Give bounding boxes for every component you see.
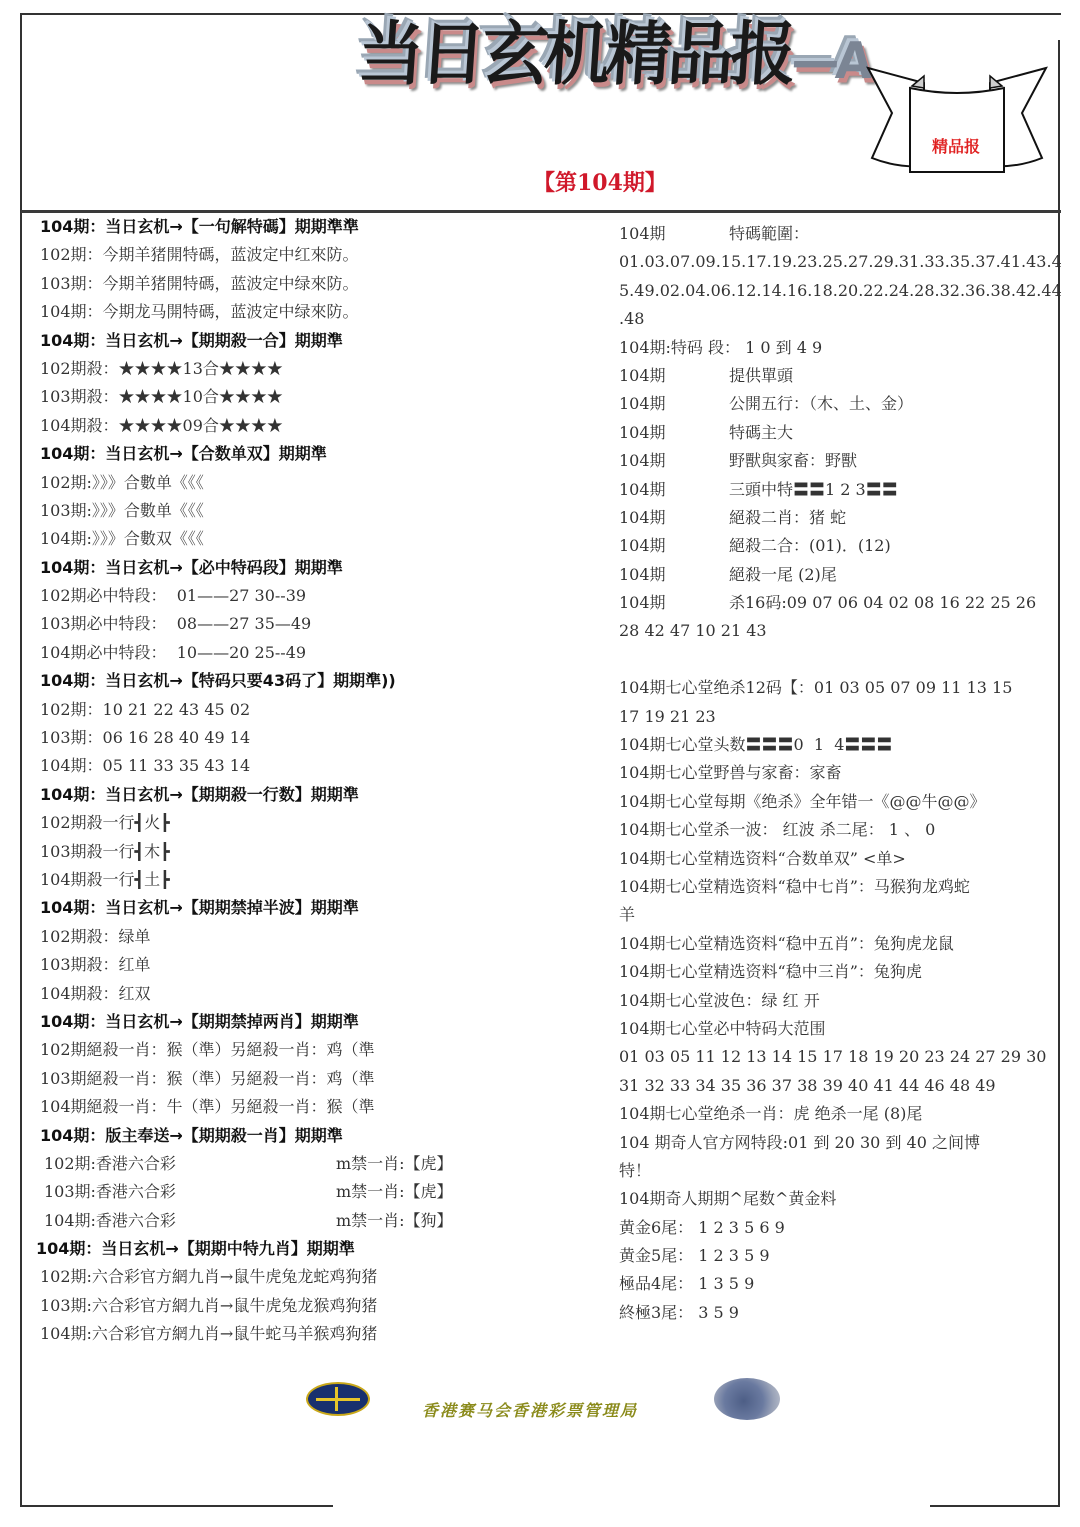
line-text: 絕殺二肖：猪 蛇 [729, 508, 846, 527]
list-item: 104期七心堂绝杀12码【：01 03 05 07 09 11 13 15 [619, 674, 1044, 702]
list-item: 103期:香港六合彩m禁一肖:【虎】 [40, 1178, 453, 1206]
line-text: 特！ [619, 1161, 651, 1180]
list-item: 羊 [619, 901, 1044, 929]
line-text: 102期必中特段： 01——27 30--39 [40, 586, 306, 605]
line-text: 104期:特码 段： 1 0 到 4 9 [619, 338, 822, 357]
line-label: 104期 [619, 447, 729, 475]
line-text: 103期:》》》合數单《《《 [40, 501, 204, 520]
frame-border-bottom-left [21, 1505, 333, 1507]
list-item: 31 32 33 34 35 36 37 38 39 40 41 44 46 4… [619, 1072, 1044, 1100]
line-text: 103期：06 16 28 40 49 14 [40, 728, 250, 747]
list-item: 104期：05 11 33 35 43 14 [40, 752, 453, 780]
list-item: 103期：06 16 28 40 49 14 [40, 724, 453, 752]
list-item: 104期：今期龙马開特碼，蓝波定中绿來防。 [40, 298, 453, 326]
list-item: 104期七心堂精选资料“合数单双” <单> [619, 845, 1044, 873]
list-item: 17 19 21 23 [619, 703, 1044, 731]
line-text: 102期殺一行┫火┣ [40, 813, 170, 832]
line-text: 104期：当日玄机→【期期禁掉半波】期期準 [40, 898, 359, 917]
line-label: 104期 [619, 532, 729, 560]
list-item: 104期絕殺一尾 (2)尾 [619, 561, 1044, 589]
section-heading: 104期：当日玄机→【期期中特九肖】期期準 [36, 1235, 453, 1263]
line-text: 104期七心堂精选资料“稳中七肖”：马猴狗龙鸡蛇 [619, 877, 970, 896]
line-text: 104期：版主奉送→【期期殺一肖】期期準 [40, 1126, 343, 1145]
list-item: 104期七心堂杀一波： 红波 杀二尾： 1 、 0 [619, 816, 1044, 844]
line-text: 104期殺：红双 [40, 984, 151, 1003]
list-item: 終極3尾： 3 5 9 [619, 1299, 1044, 1327]
list-item: 28 42 47 10 21 43 [619, 617, 1044, 645]
line-text: 104期：当日玄机→【一句解特碼】期期準準 [40, 217, 359, 236]
line-text: 104期絕殺一肖：牛（準）另絕殺一肖：猴（準 [40, 1097, 375, 1116]
list-item: 104期七心堂头数〓〓〓0 1 4〓〓〓 [619, 731, 1044, 759]
list-item: 102期殺：★★★★13合★★★★ [40, 355, 453, 383]
line-text: 104期七心堂绝杀12码【：01 03 05 07 09 11 13 15 [619, 678, 1012, 697]
line-text: 5.49.02.04.06.12.14.16.18.20.22.24.28.32… [619, 281, 1062, 300]
list-item: 104期七心堂精选资料“稳中七肖”：马猴狗龙鸡蛇 [619, 873, 1044, 901]
list-item: 104 期奇人官方网特段:01 到 20 30 到 40 之间博 [619, 1129, 1044, 1157]
line-text: 103期：今期羊猪開特碼，蓝波定中绿來防。 [40, 274, 359, 293]
footer-text: 香港赛马会香港彩票管理局 [422, 1398, 638, 1421]
line-text: 絕殺一尾 (2)尾 [729, 565, 837, 584]
line-text: 野獸與家畜：野獸 [729, 451, 857, 470]
list-item: 104期特碼主大 [619, 419, 1044, 447]
list-item: 104期絕殺一肖：牛（準）另絕殺一肖：猴（準 [40, 1093, 453, 1121]
left-column: 104期：当日玄机→【一句解特碼】期期準準102期：今期羊猪開特碼，蓝波定中红來… [40, 213, 453, 1349]
line-text: 104期殺一行┫土┣ [40, 870, 170, 889]
line-text: 102期絕殺一肖：猴（準）另絕殺一肖：鸡（準 [40, 1040, 375, 1059]
list-item: 01 03 05 11 12 13 14 15 17 18 19 20 23 2… [619, 1043, 1044, 1071]
line-text: 104期殺：★★★★09合★★★★ [40, 416, 283, 435]
list-item: 103期:》》》合數单《《《 [40, 497, 453, 525]
list-item: 104期奇人期期^尾数^黄金料 [619, 1185, 1044, 1213]
list-item: 104期七心堂必中特码大范围 [619, 1015, 1044, 1043]
line-text: 103期殺一行┫木┣ [40, 842, 170, 861]
line-text: 公開五行：（木、土、金） [729, 394, 913, 413]
line-label: 104期 [619, 504, 729, 532]
line-text: 102期:香港六合彩 [44, 1154, 176, 1173]
hkjc-logo-icon [306, 1382, 370, 1416]
line-text: 104期七心堂精选资料“稳中五肖”：兔狗虎龙鼠 [619, 934, 954, 953]
list-item: 104期:香港六合彩m禁一肖:【狗】 [40, 1207, 453, 1235]
line-text: 104期：当日玄机→【期期殺一行数】期期準 [40, 785, 359, 804]
list-item: 104期:》》》合數双《《《 [40, 525, 453, 553]
line-text: 31 32 33 34 35 36 37 38 39 40 41 44 46 4… [619, 1076, 996, 1095]
line-text: 104期：当日玄机→【合数单双】期期準 [40, 444, 327, 463]
list-item: 104期:特码 段： 1 0 到 4 9 [619, 334, 1044, 362]
list-item: 103期:六合彩官方網九肖→鼠牛虎兔龙猴鸡狗猪 [40, 1292, 453, 1320]
title-suffix: —A [790, 32, 871, 91]
list-item: 102期:六合彩官方網九肖→鼠牛虎兔龙蛇鸡狗猪 [40, 1263, 453, 1291]
line-label: 104期 [619, 589, 729, 617]
list-item: 104期殺：★★★★09合★★★★ [40, 412, 453, 440]
list-item: 102期絕殺一肖：猴（準）另絕殺一肖：鸡（準 [40, 1036, 453, 1064]
list-item: 104期提供單頭 [619, 362, 1044, 390]
line-right-text: m禁一肖:【狗】 [336, 1211, 453, 1230]
line-text: 104期七心堂必中特码大范围 [619, 1019, 826, 1038]
line-right-text: m禁一肖:【虎】 [336, 1154, 453, 1173]
section-heading: 104期：当日玄机→【期期禁掉半波】期期準 [40, 894, 453, 922]
list-item: 104期七心堂野兽与家畜：家畜 [619, 759, 1044, 787]
section-heading: 104期：当日玄机→【合数单双】期期準 [40, 440, 453, 468]
line-text: 17 19 21 23 [619, 707, 716, 726]
line-text: 絕殺二合：(01)．(12) [729, 536, 891, 555]
line-text: 103期必中特段： 08——27 35—49 [40, 614, 311, 633]
line-text: 104期：当日玄机→【期期中特九肖】期期準 [36, 1239, 355, 1258]
line-text: 104期：今期龙马開特碼，蓝波定中绿來防。 [40, 302, 359, 321]
page-title: 当日玄机精品报—A [356, 20, 872, 89]
line-text: 104期:六合彩官方網九肖→鼠牛蛇马羊猴鸡狗猪 [40, 1324, 377, 1343]
list-item: 102期:》》》合數单《《《 [40, 469, 453, 497]
line-text: 104期:香港六合彩 [44, 1211, 176, 1230]
line-text: 104期七心堂精选资料“稳中三肖”：兔狗虎 [619, 962, 922, 981]
line-text: 104期七心堂杀一波： 红波 杀二尾： 1 、 0 [619, 820, 935, 839]
section-heading: 104期：当日玄机→【期期殺一行数】期期準 [40, 781, 453, 809]
line-text: 104期七心堂波色：绿 红 开 [619, 991, 820, 1010]
line-text: 102期：10 21 22 43 45 02 [40, 700, 250, 719]
section-heading: 104期：当日玄机→【期期殺一合】期期準 [40, 327, 453, 355]
section-heading: 104期：当日玄机→【期期禁掉两肖】期期準 [40, 1008, 453, 1036]
line-text: 黄金5尾： 1 2 3 5 9 [619, 1246, 770, 1265]
line-right-text: m禁一肖:【虎】 [336, 1182, 453, 1201]
list-item: 104期七心堂波色：绿 红 开 [619, 987, 1044, 1015]
list-item: 104期七心堂精选资料“稳中三肖”：兔狗虎 [619, 958, 1044, 986]
line-label: 104期 [619, 220, 729, 248]
line-label: 104期 [619, 390, 729, 418]
list-item: 104期七心堂精选资料“稳中五肖”：兔狗虎龙鼠 [619, 930, 1044, 958]
list-item: 104期殺一行┫土┣ [40, 866, 453, 894]
line-text: 104期：05 11 33 35 43 14 [40, 756, 250, 775]
line-text: 103期:香港六合彩 [44, 1182, 176, 1201]
line-label: 104期 [619, 419, 729, 447]
list-item: 102期殺：绿单 [40, 923, 453, 951]
line-text: 104期:》》》合數双《《《 [40, 529, 204, 548]
line-text: 102期:》》》合數单《《《 [40, 473, 204, 492]
line-text: 104期：当日玄机→【必中特码段】期期準 [40, 558, 343, 577]
list-item: 104期杀16码:09 07 06 04 02 08 16 22 25 26 [619, 589, 1044, 617]
list-item: 5.49.02.04.06.12.14.16.18.20.22.24.28.32… [619, 277, 1044, 305]
list-item: 103期絕殺一肖：猴（準）另絕殺一肖：鸡（準 [40, 1065, 453, 1093]
line-text: 104期七心堂精选资料“合数单双” <单> [619, 849, 906, 868]
list-item: 103期殺一行┫木┣ [40, 838, 453, 866]
line-text: 特碼範圍： [729, 224, 809, 243]
section-heading: 104期：当日玄机→【特码只要43码了】期期準)) [40, 667, 453, 695]
list-item: 104期特碼範圍： [619, 220, 1044, 248]
line-text: 102期:六合彩官方網九肖→鼠牛虎兔龙蛇鸡狗猪 [40, 1267, 377, 1286]
list-item: 極品4尾： 1 3 5 9 [619, 1270, 1044, 1298]
list-item: 104期絕殺二肖：猪 蛇 [619, 504, 1044, 532]
line-text: 104期：当日玄机→【特码只要43码了】期期準)) [40, 671, 396, 690]
line-text: 特碼主大 [729, 423, 793, 442]
list-item: 102期:香港六合彩m禁一肖:【虎】 [40, 1150, 453, 1178]
line-text: 104期七心堂每期《绝杀》全年错一《@@牛@@》 [619, 792, 986, 811]
frame-border-left [20, 13, 22, 1507]
ribbon-banner-icon [862, 58, 1052, 178]
issue-number: 【第104期】 [533, 166, 667, 197]
line-text: 104期必中特段： 10——20 25--49 [40, 643, 306, 662]
line-text: 01.03.07.09.15.17.19.23.25.27.29.31.33.3… [619, 252, 1062, 271]
line-text: 杀16码:09 07 06 04 02 08 16 22 25 26 [729, 593, 1036, 612]
line-label: 104期 [619, 561, 729, 589]
title-text: 当日玄机精品报 [355, 14, 794, 95]
horse-emblem-icon [714, 1378, 780, 1420]
list-item [619, 646, 1044, 674]
list-item: 102期：10 21 22 43 45 02 [40, 696, 453, 724]
frame-border-bottom-right [930, 1505, 1060, 1507]
line-label: 104期 [619, 362, 729, 390]
list-item: 103期殺：★★★★10合★★★★ [40, 383, 453, 411]
line-text: 三頭中特〓〓1 2 3〓〓 [729, 480, 898, 499]
list-item: 104期七心堂绝杀一肖：虎 绝杀一尾 (8)尾 [619, 1100, 1044, 1128]
list-item: 103期必中特段： 08——27 35—49 [40, 610, 453, 638]
list-item: 104期:六合彩官方網九肖→鼠牛蛇马羊猴鸡狗猪 [40, 1320, 453, 1348]
section-heading: 104期：版主奉送→【期期殺一肖】期期準 [40, 1122, 453, 1150]
list-item: 特！ [619, 1157, 1044, 1185]
line-text: 104期：当日玄机→【期期殺一合】期期準 [40, 331, 343, 350]
line-text: 103期:六合彩官方網九肖→鼠牛虎兔龙猴鸡狗猪 [40, 1296, 377, 1315]
list-item: 104期公開五行：（木、土、金） [619, 390, 1044, 418]
line-text: 103期殺：红单 [40, 955, 151, 974]
list-item: 黄金6尾： 1 2 3 5 6 9 [619, 1214, 1044, 1242]
line-text: 104期奇人期期^尾数^黄金料 [619, 1189, 836, 1208]
line-text: 102期：今期羊猪開特碼，蓝波定中红來防。 [40, 245, 359, 264]
list-item: 104期殺：红双 [40, 980, 453, 1008]
line-text: 103期絕殺一肖：猴（準）另絕殺一肖：鸡（準 [40, 1069, 375, 1088]
list-item: 黄金5尾： 1 2 3 5 9 [619, 1242, 1044, 1270]
section-heading: 104期：当日玄机→【必中特码段】期期準 [40, 554, 453, 582]
line-text: 01 03 05 11 12 13 14 15 17 18 19 20 23 2… [619, 1047, 1046, 1066]
list-item: 103期：今期羊猪開特碼，蓝波定中绿來防。 [40, 270, 453, 298]
line-text: 極品4尾： 1 3 5 9 [619, 1274, 754, 1293]
list-item: 103期殺：红单 [40, 951, 453, 979]
line-text: 提供單頭 [729, 366, 793, 385]
list-item: 102期必中特段： 01——27 30--39 [40, 582, 453, 610]
list-item: .48 [619, 305, 1044, 333]
list-item: 102期：今期羊猪開特碼，蓝波定中红來防。 [40, 241, 453, 269]
list-item: 104期七心堂每期《绝杀》全年错一《@@牛@@》 [619, 788, 1044, 816]
line-label: 104期 [619, 476, 729, 504]
right-column: 104期特碼範圍：01.03.07.09.15.17.19.23.25.27.2… [619, 220, 1044, 1327]
list-item: 102期殺一行┫火┣ [40, 809, 453, 837]
list-item: 104期三頭中特〓〓1 2 3〓〓 [619, 476, 1044, 504]
line-text: 104 期奇人官方网特段:01 到 20 30 到 40 之间博 [619, 1133, 980, 1152]
line-text: 104期七心堂头数〓〓〓0 1 4〓〓〓 [619, 735, 892, 754]
line-text: 黄金6尾： 1 2 3 5 6 9 [619, 1218, 785, 1237]
list-item: 104期野獸與家畜：野獸 [619, 447, 1044, 475]
line-text: .48 [619, 309, 644, 328]
line-text: 104期：当日玄机→【期期禁掉两肖】期期準 [40, 1012, 359, 1031]
section-heading: 104期：当日玄机→【一句解特碼】期期準準 [40, 213, 453, 241]
list-item: 01.03.07.09.15.17.19.23.25.27.29.31.33.3… [619, 248, 1044, 276]
line-text: 104期七心堂野兽与家畜：家畜 [619, 763, 842, 782]
line-text: 羊 [619, 905, 635, 924]
list-item: 104期必中特段： 10——20 25--49 [40, 639, 453, 667]
line-text: 102期殺：★★★★13合★★★★ [40, 359, 283, 378]
line-text: 102期殺：绿单 [40, 927, 151, 946]
line-text: 28 42 47 10 21 43 [619, 621, 767, 640]
line-text: 104期七心堂绝杀一肖：虎 绝杀一尾 (8)尾 [619, 1104, 922, 1123]
line-text: 103期殺：★★★★10合★★★★ [40, 387, 283, 406]
footer: 香港赛马会香港彩票管理局 [0, 1370, 1080, 1430]
line-text: 終極3尾： 3 5 9 [619, 1303, 739, 1322]
ribbon-label: 精品报 [932, 134, 980, 157]
list-item: 104期絕殺二合：(01)．(12) [619, 532, 1044, 560]
